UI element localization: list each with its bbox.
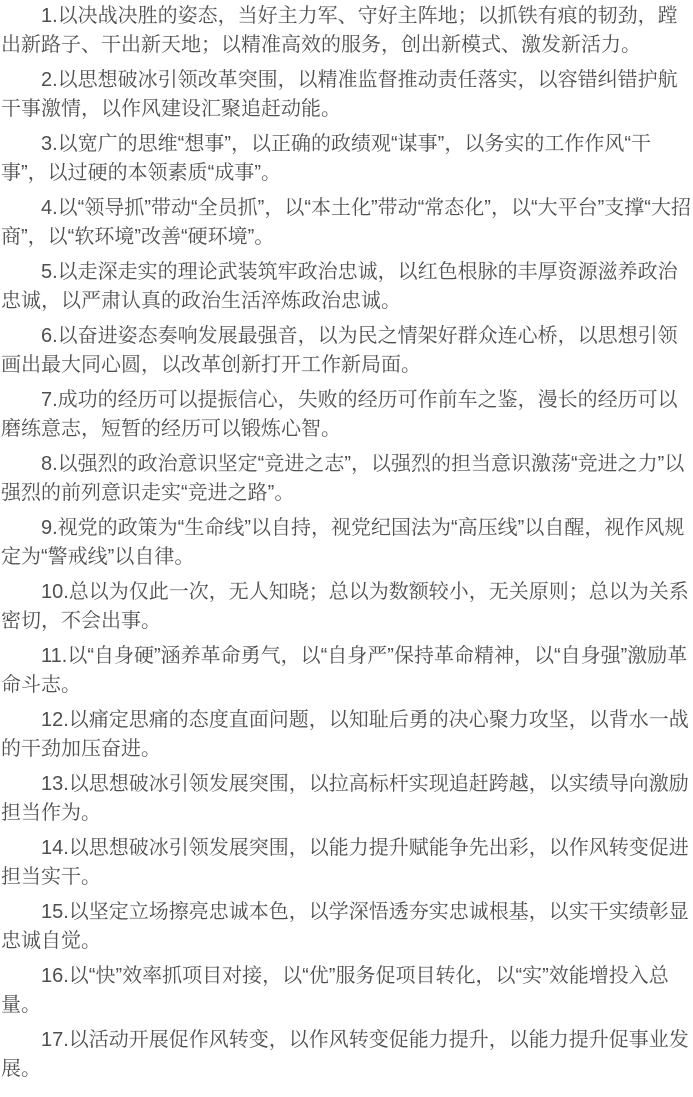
list-item-3: 3.以宽广的思维“想事”，以正确的政绩观“谋事”，以务实的工作作风“干事”，以过… (1, 130, 692, 188)
list-item-13: 13.以思想破冰引领发展突围，以拉高标杆实现追赶跨越，以实绩导向激励担当作为。 (1, 770, 692, 828)
list-item-9: 9.视党的政策为“生命线”以自持，视党纪国法为“高压线”以自醒，视作风规定为“警… (1, 514, 692, 572)
list-item-11: 11.以“自身硬”涵养革命勇气，以“自身严”保持革命精神，以“自身强”激励革命斗… (1, 642, 692, 700)
list-item-8: 8.以强烈的政治意识坚定“竞进之志”，以强烈的担当意识激荡“竞进之力”以强烈的前… (1, 450, 692, 508)
list-item-14: 14.以思想破冰引领发展突围，以能力提升赋能争先出彩，以作风转变促进担当实干。 (1, 834, 692, 892)
list-item-2: 2.以思想破冰引领改革突围，以精准监督推动责任落实，以容错纠错护航干事激情，以作… (1, 66, 692, 124)
list-item-5: 5.以走深走实的理论武装筑牢政治忠诚，以红色根脉的丰厚资源滋养政治忠诚，以严肃认… (1, 258, 692, 316)
list-item-4: 4.以“领导抓”带动“全员抓”，以“本土化”带动“常态化”，以“大平台”支撑“大… (1, 194, 692, 252)
list-item-1: 1.以决战决胜的姿态，当好主力军、守好主阵地；以抓铁有痕的韧劲，蹚出新路子、干出… (1, 2, 692, 60)
list-item-10: 10.总以为仅此一次，无人知晓；总以为数额较小，无关原则；总以为关系密切，不会出… (1, 578, 692, 636)
list-item-6: 6.以奋进姿态奏响发展最强音，以为民之情架好群众连心桥，以思想引领画出最大同心圆… (1, 322, 692, 380)
list-item-16: 16.以“快”效率抓项目对接，以“优”服务促项目转化，以“实”效能增投入总量。 (1, 962, 692, 1020)
document-page: 1.以决战决胜的姿态，当好主力军、守好主阵地；以抓铁有痕的韧劲，蹚出新路子、干出… (0, 0, 693, 1084)
list-item-12: 12.以痛定思痛的态度直面问题，以知耻后勇的决心聚力攻坚，以背水一战的干劲加压奋… (1, 706, 692, 764)
list-item-17: 17.以活动开展促作风转变，以作风转变促能力提升，以能力提升促事业发展。 (1, 1026, 692, 1084)
list-item-15: 15.以坚定立场擦亮忠诚本色，以学深悟透夯实忠诚根基，以实干实绩彰显忠诚自觉。 (1, 898, 692, 956)
list-item-7: 7.成功的经历可以提振信心，失败的经历可作前车之鉴，漫长的经历可以磨练意志，短暂… (1, 386, 692, 444)
